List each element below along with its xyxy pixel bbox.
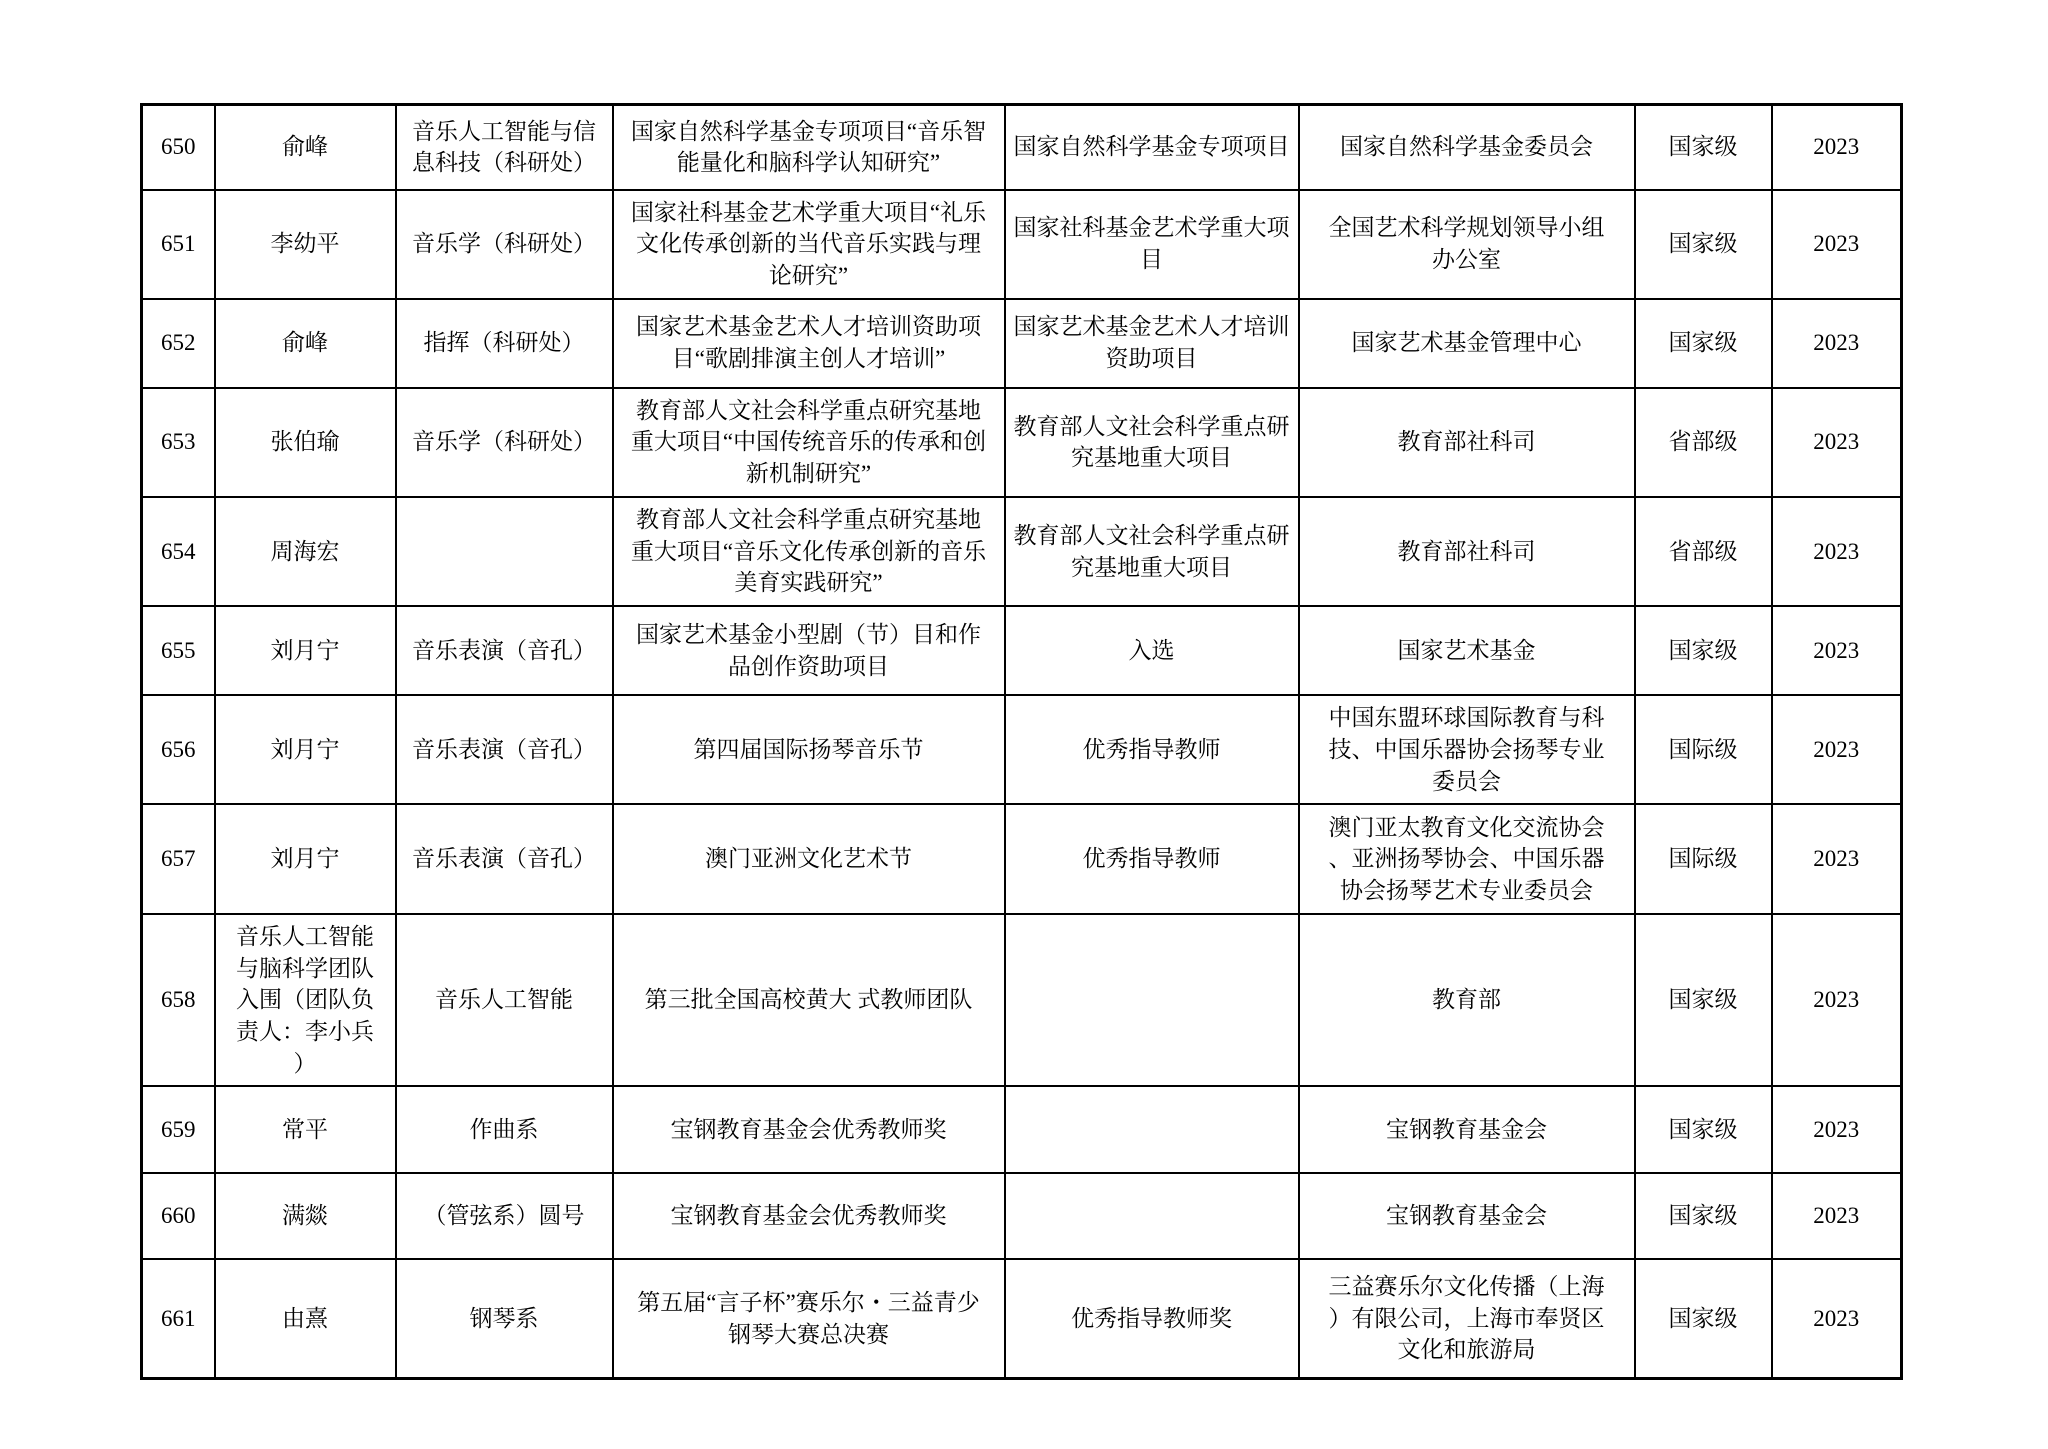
cell-name: 满燚	[215, 1173, 396, 1259]
awards-table: 650 俞峰 音乐人工智能与信息科技（科研处） 国家自然科学基金专项项目“音乐智…	[140, 103, 1903, 1380]
cell-year: 2023	[1772, 190, 1902, 299]
cell-name: 刘月宁	[215, 695, 396, 804]
cell-name: 刘月宁	[215, 804, 396, 914]
cell-name: 刘月宁	[215, 606, 396, 695]
cell-department: 音乐表演（音孔）	[396, 695, 613, 804]
cell-award-level: 国际级	[1635, 804, 1772, 914]
cell-year: 2023	[1772, 1259, 1902, 1378]
cell-award-name: 优秀指导教师奖	[1005, 1259, 1299, 1378]
cell-department: 作曲系	[396, 1086, 613, 1173]
cell-year: 2023	[1772, 299, 1902, 388]
cell-department: 音乐学（科研处）	[396, 388, 613, 497]
cell-department: 音乐学（科研处）	[396, 190, 613, 299]
cell-awarding-organization: 国家自然科学基金委员会	[1299, 105, 1635, 190]
cell-awarding-organization: 教育部社科司	[1299, 497, 1635, 606]
table-row: 650 俞峰 音乐人工智能与信息科技（科研处） 国家自然科学基金专项项目“音乐智…	[142, 105, 1902, 190]
table-row: 652 俞峰 指挥（科研处） 国家艺术基金艺术人才培训资助项目“歌剧排演主创人才…	[142, 299, 1902, 388]
cell-year: 2023	[1772, 1173, 1902, 1259]
cell-serial-number: 661	[142, 1259, 215, 1378]
cell-department: 音乐人工智能	[396, 914, 613, 1086]
cell-name: 张伯瑜	[215, 388, 396, 497]
cell-year: 2023	[1772, 105, 1902, 190]
cell-awarding-organization: 宝钢教育基金会	[1299, 1173, 1635, 1259]
cell-serial-number: 652	[142, 299, 215, 388]
cell-year: 2023	[1772, 606, 1902, 695]
table-row: 655 刘月宁 音乐表演（音孔） 国家艺术基金小型剧（节）目和作品创作资助项目 …	[142, 606, 1902, 695]
cell-award-level: 国家级	[1635, 1173, 1772, 1259]
cell-award-name: 优秀指导教师	[1005, 695, 1299, 804]
cell-project-title: 第三批全国高校黄大 式教师团队	[613, 914, 1005, 1086]
cell-award-level: 国际级	[1635, 695, 1772, 804]
cell-project-title: 国家社科基金艺术学重大项目“礼乐文化传承创新的当代音乐实践与理论研究”	[613, 190, 1005, 299]
cell-award-name: 优秀指导教师	[1005, 804, 1299, 914]
table-row: 659 常平 作曲系 宝钢教育基金会优秀教师奖 宝钢教育基金会 国家级 2023	[142, 1086, 1902, 1173]
cell-project-title: 澳门亚洲文化艺术节	[613, 804, 1005, 914]
cell-department: （管弦系）圆号	[396, 1173, 613, 1259]
cell-award-level: 国家级	[1635, 299, 1772, 388]
cell-name: 由熹	[215, 1259, 396, 1378]
cell-award-level: 国家级	[1635, 1259, 1772, 1378]
cell-award-level: 国家级	[1635, 105, 1772, 190]
cell-awarding-organization: 国家艺术基金管理中心	[1299, 299, 1635, 388]
cell-project-title: 第五届“言子杯”赛乐尔・三益青少 钢琴大赛总决赛	[613, 1259, 1005, 1378]
cell-year: 2023	[1772, 388, 1902, 497]
cell-year: 2023	[1772, 914, 1902, 1086]
cell-year: 2023	[1772, 1086, 1902, 1173]
table-row: 656 刘月宁 音乐表演（音孔） 第四届国际扬琴音乐节 优秀指导教师 中国东盟环…	[142, 695, 1902, 804]
cell-awarding-organization: 教育部	[1299, 914, 1635, 1086]
cell-award-name: 国家艺术基金艺术人才培训资助项目	[1005, 299, 1299, 388]
document-page: 650 俞峰 音乐人工智能与信息科技（科研处） 国家自然科学基金专项项目“音乐智…	[0, 0, 2048, 1449]
cell-name: 俞峰	[215, 299, 396, 388]
cell-department: 音乐人工智能与信息科技（科研处）	[396, 105, 613, 190]
cell-awarding-organization: 宝钢教育基金会	[1299, 1086, 1635, 1173]
cell-serial-number: 654	[142, 497, 215, 606]
cell-project-title: 国家自然科学基金专项项目“音乐智能量化和脑科学认知研究”	[613, 105, 1005, 190]
table-row: 651 李幼平 音乐学（科研处） 国家社科基金艺术学重大项目“礼乐文化传承创新的…	[142, 190, 1902, 299]
cell-award-name: 国家自然科学基金专项项目	[1005, 105, 1299, 190]
table-row: 661 由熹 钢琴系 第五届“言子杯”赛乐尔・三益青少 钢琴大赛总决赛 优秀指导…	[142, 1259, 1902, 1378]
table-row: 653 张伯瑜 音乐学（科研处） 教育部人文社会科学重点研究基地重大项目“中国传…	[142, 388, 1902, 497]
cell-serial-number: 659	[142, 1086, 215, 1173]
cell-department: 音乐表演（音孔）	[396, 606, 613, 695]
cell-award-name: 教育部人文社会科学重点研究基地重大项目	[1005, 497, 1299, 606]
cell-award-level: 国家级	[1635, 606, 1772, 695]
cell-year: 2023	[1772, 804, 1902, 914]
cell-department	[396, 497, 613, 606]
cell-award-name	[1005, 914, 1299, 1086]
table-row: 660 满燚 （管弦系）圆号 宝钢教育基金会优秀教师奖 宝钢教育基金会 国家级 …	[142, 1173, 1902, 1259]
cell-award-level: 国家级	[1635, 914, 1772, 1086]
cell-name: 李幼平	[215, 190, 396, 299]
cell-name: 常平	[215, 1086, 396, 1173]
cell-department: 音乐表演（音孔）	[396, 804, 613, 914]
cell-award-name: 教育部人文社会科学重点研究基地重大项目	[1005, 388, 1299, 497]
cell-award-level: 国家级	[1635, 1086, 1772, 1173]
cell-project-title: 教育部人文社会科学重点研究基地重大项目“音乐文化传承创新的音乐美育实践研究”	[613, 497, 1005, 606]
table-row: 657 刘月宁 音乐表演（音孔） 澳门亚洲文化艺术节 优秀指导教师 澳门亚太教育…	[142, 804, 1902, 914]
cell-name: 俞峰	[215, 105, 396, 190]
cell-serial-number: 651	[142, 190, 215, 299]
cell-serial-number: 657	[142, 804, 215, 914]
cell-award-level: 省部级	[1635, 497, 1772, 606]
cell-serial-number: 655	[142, 606, 215, 695]
cell-project-title: 宝钢教育基金会优秀教师奖	[613, 1086, 1005, 1173]
cell-department: 钢琴系	[396, 1259, 613, 1378]
cell-award-level: 省部级	[1635, 388, 1772, 497]
cell-year: 2023	[1772, 695, 1902, 804]
cell-award-name	[1005, 1173, 1299, 1259]
cell-serial-number: 658	[142, 914, 215, 1086]
cell-award-name: 国家社科基金艺术学重大项目	[1005, 190, 1299, 299]
cell-name: 周海宏	[215, 497, 396, 606]
cell-awarding-organization: 澳门亚太教育文化交流协会、亚洲扬琴协会、中国乐器协会扬琴艺术专业委员会	[1299, 804, 1635, 914]
awards-table-body: 650 俞峰 音乐人工智能与信息科技（科研处） 国家自然科学基金专项项目“音乐智…	[142, 105, 1902, 1379]
table-row: 658 音乐人工智能与脑科学团队入围（团队负责人：李小兵） 音乐人工智能 第三批…	[142, 914, 1902, 1086]
cell-department: 指挥（科研处）	[396, 299, 613, 388]
cell-project-title: 国家艺术基金艺术人才培训资助项目“歌剧排演主创人才培训”	[613, 299, 1005, 388]
cell-project-title: 国家艺术基金小型剧（节）目和作品创作资助项目	[613, 606, 1005, 695]
cell-serial-number: 660	[142, 1173, 215, 1259]
cell-year: 2023	[1772, 497, 1902, 606]
cell-award-name	[1005, 1086, 1299, 1173]
table-row: 654 周海宏 教育部人文社会科学重点研究基地重大项目“音乐文化传承创新的音乐美…	[142, 497, 1902, 606]
cell-serial-number: 656	[142, 695, 215, 804]
cell-awarding-organization: 教育部社科司	[1299, 388, 1635, 497]
cell-awarding-organization: 全国艺术科学规划领导小组办公室	[1299, 190, 1635, 299]
cell-project-title: 第四届国际扬琴音乐节	[613, 695, 1005, 804]
cell-awarding-organization: 国家艺术基金	[1299, 606, 1635, 695]
cell-awarding-organization: 三益赛乐尔文化传播（上海）有限公司，上海市奉贤区文化和旅游局	[1299, 1259, 1635, 1378]
cell-project-title: 宝钢教育基金会优秀教师奖	[613, 1173, 1005, 1259]
cell-awarding-organization: 中国东盟环球国际教育与科技、中国乐器协会扬琴专业委员会	[1299, 695, 1635, 804]
cell-award-level: 国家级	[1635, 190, 1772, 299]
cell-project-title: 教育部人文社会科学重点研究基地重大项目“中国传统音乐的传承和创新机制研究”	[613, 388, 1005, 497]
cell-award-name: 入选	[1005, 606, 1299, 695]
cell-name: 音乐人工智能与脑科学团队入围（团队负责人：李小兵）	[215, 914, 396, 1086]
cell-serial-number: 653	[142, 388, 215, 497]
cell-serial-number: 650	[142, 105, 215, 190]
